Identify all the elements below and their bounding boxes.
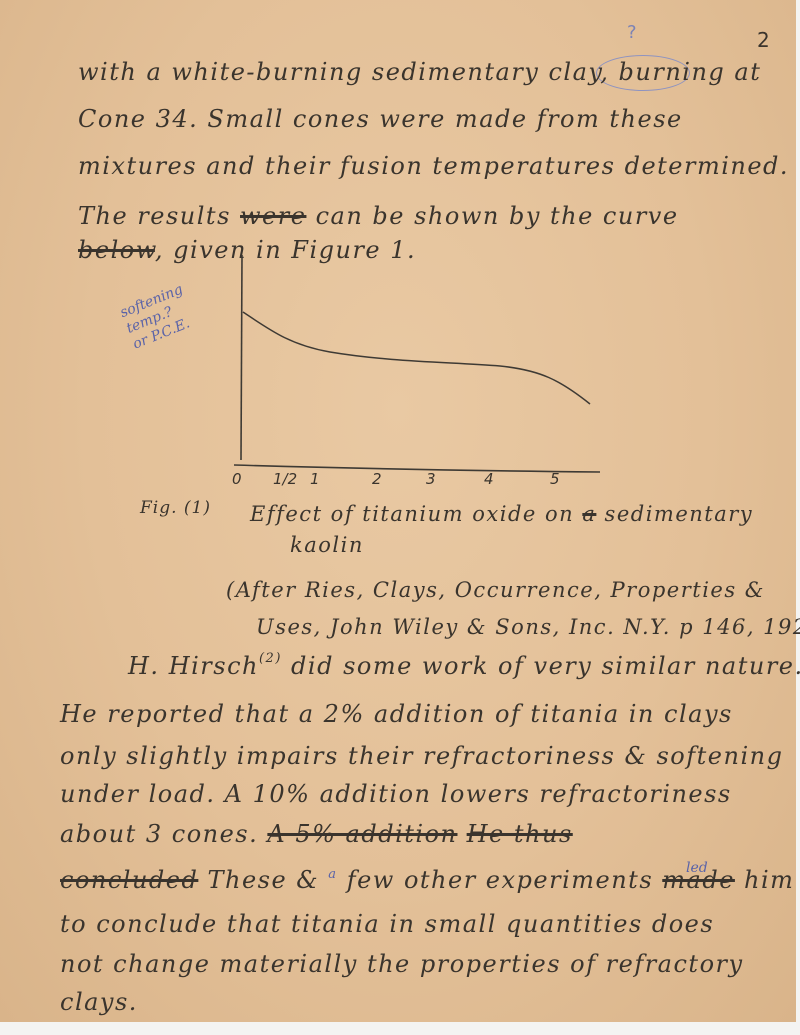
x-tick: 5 <box>550 470 560 488</box>
struck-phrase: A 5% addition <box>267 820 457 848</box>
struck-word: a <box>582 502 596 526</box>
para2-line-7: to conclude that titania in small quanti… <box>60 910 714 938</box>
line-text: about 3 cones. <box>60 820 267 848</box>
struck-word: made <box>662 866 735 894</box>
footnote-ref: (2) <box>259 651 282 666</box>
inserted-word: a <box>328 867 337 882</box>
para2-line-3: only slightly impairs their refractorine… <box>60 742 783 770</box>
manuscript-page: 2 ? with a white-burning sedimentary cla… <box>0 0 796 1022</box>
figure-caption-line-2: kaolin <box>290 533 364 557</box>
para2-line-2: He reported that a 2% addition of titani… <box>60 700 733 728</box>
x-tick: 4 <box>484 470 494 488</box>
line-text: him <box>735 866 795 894</box>
figure-label: Fig. (1) <box>140 498 211 518</box>
x-tick: 1/2 <box>273 470 297 488</box>
line-text: These & <box>198 866 328 894</box>
struck-word: concluded <box>60 866 198 894</box>
line-text: did some work of very similar nature. <box>282 652 800 680</box>
line-text: H. Hirsch <box>128 652 259 680</box>
x-tick: 2 <box>372 470 382 488</box>
x-tick: 1 <box>310 470 320 488</box>
para2-line-6: concluded These & a few other experiment… <box>60 866 794 894</box>
line-text: few other experiments <box>338 866 663 894</box>
data-curve <box>243 312 590 404</box>
x-tick: 0 <box>232 470 242 488</box>
figure-source-line-2: Uses, John Wiley & Sons, Inc. N.Y. p 146… <box>256 615 800 639</box>
figure-caption-line-1: Effect of titanium oxide on a sedimentar… <box>250 502 753 526</box>
para2-line-9: clays. <box>60 988 138 1016</box>
para2-line-4: under load. A 10% addition lowers refrac… <box>60 780 732 808</box>
x-tick: 3 <box>426 470 436 488</box>
para2-line-8: not change materially the properties of … <box>60 950 744 978</box>
caption-text: sedimentary <box>596 502 753 526</box>
y-axis <box>241 255 242 460</box>
para2-line-1: H. Hirsch(2) did some work of very simil… <box>128 652 800 680</box>
caption-text: Effect of titanium oxide on <box>250 502 582 526</box>
struck-phrase: He thus <box>467 820 573 848</box>
para2-line-5: about 3 cones. A 5% addition He thus <box>60 820 573 848</box>
figure-source-line-1: (After Ries, Clays, Occurrence, Properti… <box>226 578 765 602</box>
